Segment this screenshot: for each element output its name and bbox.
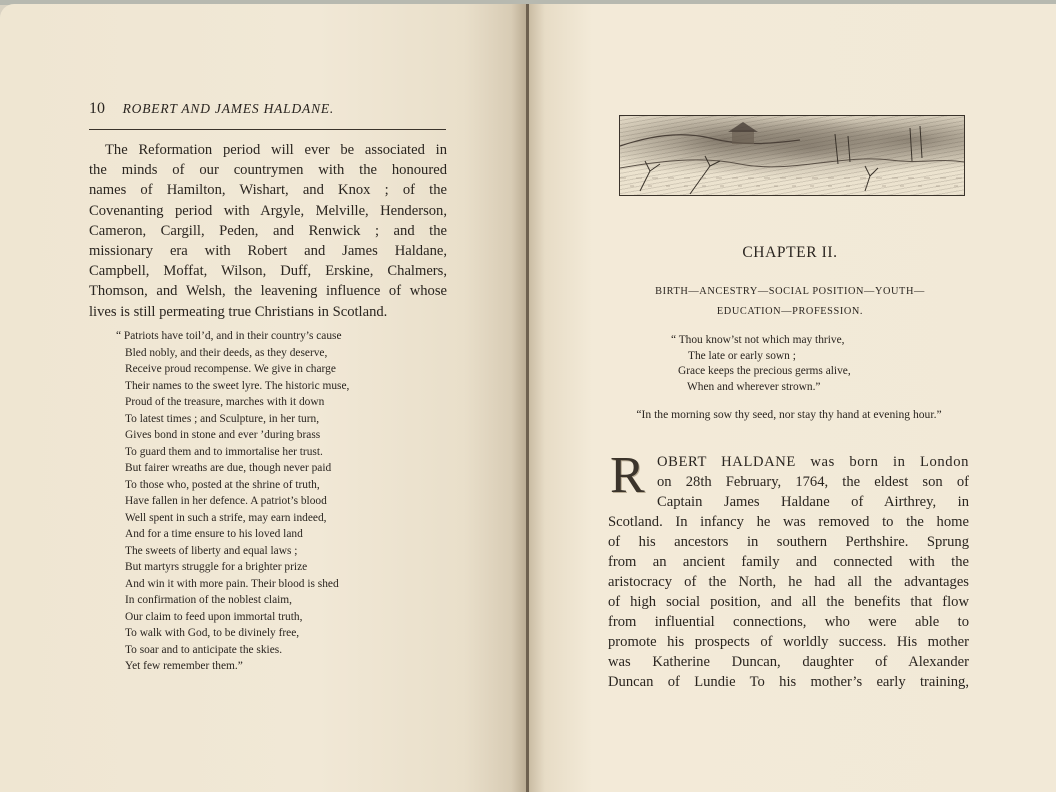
epigraph-verse: “ Thou know’st not which may thrive, The… (660, 333, 851, 395)
text-line: Scotland. In infancy he was removed to t… (608, 512, 969, 532)
page-number: 10 (89, 100, 105, 117)
epigraph-line: Grace keeps the precious germs alive, (660, 364, 851, 380)
proverb-quotation: “In the morning sow thy seed, nor stay t… (608, 407, 970, 423)
text-line: promote his prospects of worldly success… (608, 632, 969, 652)
epigraph-line: “ Thou know’st not which may thrive, (660, 333, 851, 349)
text-line: Campbell, Moffat, Wilson, Duff, Erskine,… (89, 261, 447, 281)
running-head: 10 ROBERT AND JAMES HALDANE. (89, 100, 419, 118)
poem-line: To latest times ; and Sculpture, in her … (116, 411, 349, 428)
poem-line: To guard them and to immortalise her tru… (116, 444, 349, 461)
epigraph-line: The late or early sown ; (660, 349, 851, 365)
text-line: Duncan of Lundie To his mother’s early t… (608, 672, 969, 692)
chapter-subheading: BIRTH—ANCESTRY—SOCIAL POSITION—YOUTH— ED… (600, 282, 980, 322)
text-line: on 28th February, 1764, the eldest son o… (608, 472, 969, 492)
text-line: Thomson, and Welsh, the leavening influe… (89, 281, 447, 301)
poem-line: Well spent in such a strife, may earn in… (116, 510, 349, 527)
header-rule (89, 129, 446, 130)
intro-paragraph: The Reformation period will ever be asso… (89, 140, 447, 322)
subheading-line: EDUCATION—PROFESSION. (600, 302, 980, 322)
poem-line: Yet few remember them.” (116, 658, 349, 675)
poem-line: Bled nobly, and their deeds, as they des… (116, 345, 349, 362)
epigraph-line: When and wherever strown.” (660, 380, 851, 396)
text-line: was Katherine Duncan, daughter of Alexan… (608, 652, 969, 672)
text-line: of high social position, and all the ben… (608, 592, 969, 612)
poem-line: And win it with more pain. Their blood i… (116, 576, 349, 593)
poem-line: To soar and to anticipate the skies. (116, 642, 349, 659)
poem-line: But fairer wreaths are due, though never… (116, 460, 349, 477)
poem-quotation: “ Patriots have toil’d, and in their cou… (116, 328, 349, 675)
subheading-line: BIRTH—ANCESTRY—SOCIAL POSITION—YOUTH— (600, 282, 980, 302)
text-line: lives is still permeating true Christian… (89, 302, 447, 322)
running-head-title: ROBERT AND JAMES HALDANE. (123, 101, 335, 116)
poem-line: Receive proud recompense. We give in cha… (116, 361, 349, 378)
chapter-body-paragraph: OBERT HALDANE was born in London on 28th… (608, 452, 969, 692)
poem-line: In confirmation of the noblest claim, (116, 592, 349, 609)
engraving-illustration (620, 116, 964, 195)
text-line: the minds of our countrymen with the hon… (89, 160, 447, 180)
poem-line: Proud of the treasure, marches with it d… (116, 394, 349, 411)
poem-line: The sweets of liberty and equal laws ; (116, 543, 349, 560)
text-line: missionary era with Robert and James Hal… (89, 241, 447, 261)
text-line: aristocracy of the North, he had all the… (608, 572, 969, 592)
landscape-engraving-image (619, 115, 965, 196)
poem-line: Our claim to feed upon immortal truth, (116, 609, 349, 626)
text-line: from an ancient family and connected wit… (608, 552, 969, 572)
text-line: The Reformation period will ever be asso… (89, 140, 447, 160)
poem-line: Their names to the sweet lyre. The histo… (116, 378, 349, 395)
text-line: from influential connections, who were a… (608, 612, 969, 632)
text-line: names of Hamilton, Wishart, and Knox ; o… (89, 180, 447, 200)
poem-line: To walk with God, to be divinely free, (116, 625, 349, 642)
text-line: Cameron, Cargill, Peden, and Renwick ; a… (89, 221, 447, 241)
text-line: Captain James Haldane of Airthrey, in (608, 492, 969, 512)
poem-line: To those who, posted at the shrine of tr… (116, 477, 349, 494)
text-line: OBERT HALDANE was born in London (608, 452, 969, 472)
poem-line: Have fallen in her defence. A patriot’s … (116, 493, 349, 510)
poem-line: And for a time ensure to his loved land (116, 526, 349, 543)
poem-line: But martyrs struggle for a brighter priz… (116, 559, 349, 576)
chapter-title: CHAPTER II. (600, 244, 980, 262)
text-line: Covenanting period with Argyle, Melville… (89, 201, 447, 221)
poem-line: Gives bond in stone and ever ’during bra… (116, 427, 349, 444)
book-spread: 10 ROBERT AND JAMES HALDANE. The Reforma… (0, 0, 1056, 792)
poem-line: “ Patriots have toil’d, and in their cou… (116, 328, 349, 345)
text-line: of his ancestors in southern Perthshire.… (608, 532, 969, 552)
